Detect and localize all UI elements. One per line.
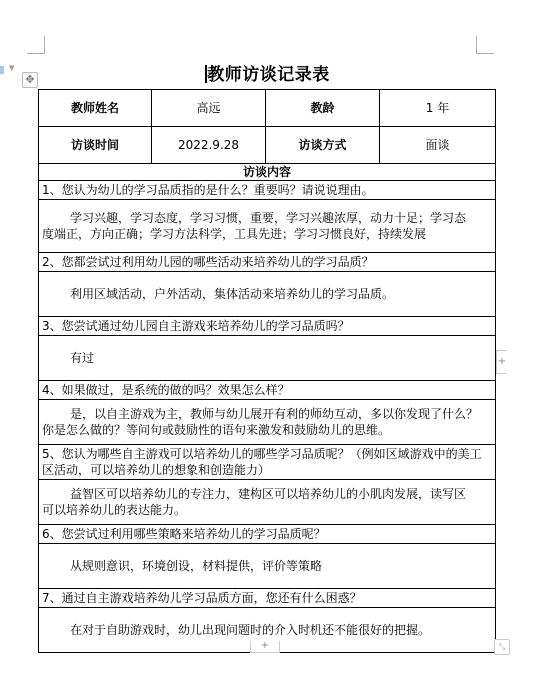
interview-time-value[interactable]: 2022.9.28: [152, 127, 266, 164]
page-corner-mark-top-right: [476, 36, 494, 54]
interview-method-value[interactable]: 面谈: [380, 127, 496, 164]
answer-4[interactable]: 是，以自主游戏为主，教师与幼儿展开有利的师幼互动，多以你发现了什么？你是怎么做的…: [39, 400, 496, 445]
answer-3[interactable]: 有过: [39, 336, 496, 381]
teacher-name-value[interactable]: 高远: [152, 90, 266, 127]
answer-4-line1: 是，以自主游戏为主，教师与幼儿展开有利的师幼互动，多以你发现了什么？: [42, 406, 492, 422]
answer-5-line2: 可以培养幼儿的表达能力。: [42, 502, 492, 518]
document-title[interactable]: 教师访谈记录表: [0, 60, 535, 85]
answer-5[interactable]: 益智区可以培养幼儿的专注力，建构区可以培养幼儿的小肌肉发展，读写区可以培养幼儿的…: [39, 480, 496, 525]
answer-3-line1: 有过: [42, 350, 492, 366]
answer-5-line1: 益智区可以培养幼儿的专注力，建构区可以培养幼儿的小肌肉发展，读写区: [42, 486, 492, 502]
answer-row: 利用区域活动，户外活动，集体活动来培养幼儿的学习品质。: [39, 272, 496, 317]
answer-7-line1: 在对于自助游戏时，幼儿出现问题时的介入时机还不能很好的把握。: [42, 622, 492, 638]
table-resize-icon[interactable]: ⤡: [494, 639, 510, 655]
answer-row: 学习兴趣，学习态度，学习习惯，重要，学习兴趣浓厚，动力十足；学习态度端正，方向正…: [39, 200, 496, 253]
question-row: 1、您认为幼儿的学习品质指的是什么？重要吗？请说说理由。: [39, 181, 496, 200]
question-2[interactable]: 2、您都尝试过利用幼儿园的哪些活动来培养幼儿的学习品质？: [39, 253, 496, 272]
add-column-icon[interactable]: +: [496, 350, 507, 374]
interview-time-label[interactable]: 访谈时间: [39, 127, 152, 164]
table-row-interview-info: 访谈时间 2022.9.28 访谈方式 面谈: [39, 127, 496, 164]
answer-2[interactable]: 利用区域活动，户外活动，集体活动来培养幼儿的学习品质。: [39, 272, 496, 317]
question-1[interactable]: 1、您认为幼儿的学习品质指的是什么？重要吗？请说说理由。: [39, 181, 496, 200]
table-row-teacher: 教师姓名 高远 教龄 1 年: [39, 90, 496, 127]
answer-row: 有过: [39, 336, 496, 381]
question-3[interactable]: 3、您尝试通过幼儿园自主游戏来培养幼儿的学习品质吗？: [39, 317, 496, 336]
answer-6[interactable]: 从规则意识，环境创设，材料提供，评价等策略: [39, 544, 496, 589]
interview-record-table: 教师姓名 高远 教龄 1 年 访谈时间 2022.9.28 访谈方式 面谈 访谈…: [38, 89, 496, 653]
question-row: 3、您尝试通过幼儿园自主游戏来培养幼儿的学习品质吗？: [39, 317, 496, 336]
question-row: 5、您认为哪些自主游戏可以培养幼儿的哪些学习品质呢？（例如区域游戏中的美工区活动…: [39, 445, 496, 480]
question-row: 7、通过自主游戏培养幼儿学习品质方面，您还有什么困惑？: [39, 589, 496, 608]
question-row: 4、如果做过，是系统的做的吗？效果怎么样？: [39, 381, 496, 400]
question-6[interactable]: 6、您尝试过利用哪些策略来培养幼儿的学习品质呢？: [39, 525, 496, 544]
teaching-years-label[interactable]: 教龄: [266, 90, 380, 127]
teaching-years-value[interactable]: 1 年: [380, 90, 496, 127]
page-corner-mark-top-left: [27, 36, 45, 54]
answer-6-line1: 从规则意识，环境创设，材料提供，评价等策略: [42, 558, 492, 574]
answer-row: 是，以自主游戏为主，教师与幼儿展开有利的师幼互动，多以你发现了什么？你是怎么做的…: [39, 400, 496, 445]
answer-2-line1: 利用区域活动，户外活动，集体活动来培养幼儿的学习品质。: [42, 286, 492, 302]
answer-4-line2: 你是怎么做的？等问句或鼓励性的语句来激发和鼓励幼儿的思维。: [42, 422, 492, 438]
table-row-section: 访谈内容: [39, 164, 496, 181]
question-row: 2、您都尝试过利用幼儿园的哪些活动来培养幼儿的学习品质？: [39, 253, 496, 272]
answer-1[interactable]: 学习兴趣，学习态度，学习习惯，重要，学习兴趣浓厚，动力十足；学习态度端正，方向正…: [39, 200, 496, 253]
question-row: 6、您尝试过利用哪些策略来培养幼儿的学习品质呢？: [39, 525, 496, 544]
interview-method-label[interactable]: 访谈方式: [266, 127, 380, 164]
section-title[interactable]: 访谈内容: [39, 164, 496, 181]
question-4[interactable]: 4、如果做过，是系统的做的吗？效果怎么样？: [39, 381, 496, 400]
question-7[interactable]: 7、通过自主游戏培养幼儿学习品质方面，您还有什么困惑？: [39, 589, 496, 608]
answer-1-line1: 学习兴趣，学习态度，学习习惯，重要，学习兴趣浓厚，动力十足；学习态: [42, 210, 492, 226]
answer-row: 益智区可以培养幼儿的专注力，建构区可以培养幼儿的小肌肉发展，读写区可以培养幼儿的…: [39, 480, 496, 525]
answer-1-line2: 度端正，方向正确；学习方法科学，工具先进；学习习惯良好，持续发展: [42, 226, 492, 242]
answer-row: 从规则意识，环境创设，材料提供，评价等策略: [39, 544, 496, 589]
add-row-icon[interactable]: +: [250, 641, 280, 653]
teacher-name-label[interactable]: 教师姓名: [39, 90, 152, 127]
document-title-text: 教师访谈记录表: [207, 65, 330, 85]
question-5[interactable]: 5、您认为哪些自主游戏可以培养幼儿的哪些学习品质呢？（例如区域游戏中的美工区活动…: [39, 445, 496, 480]
